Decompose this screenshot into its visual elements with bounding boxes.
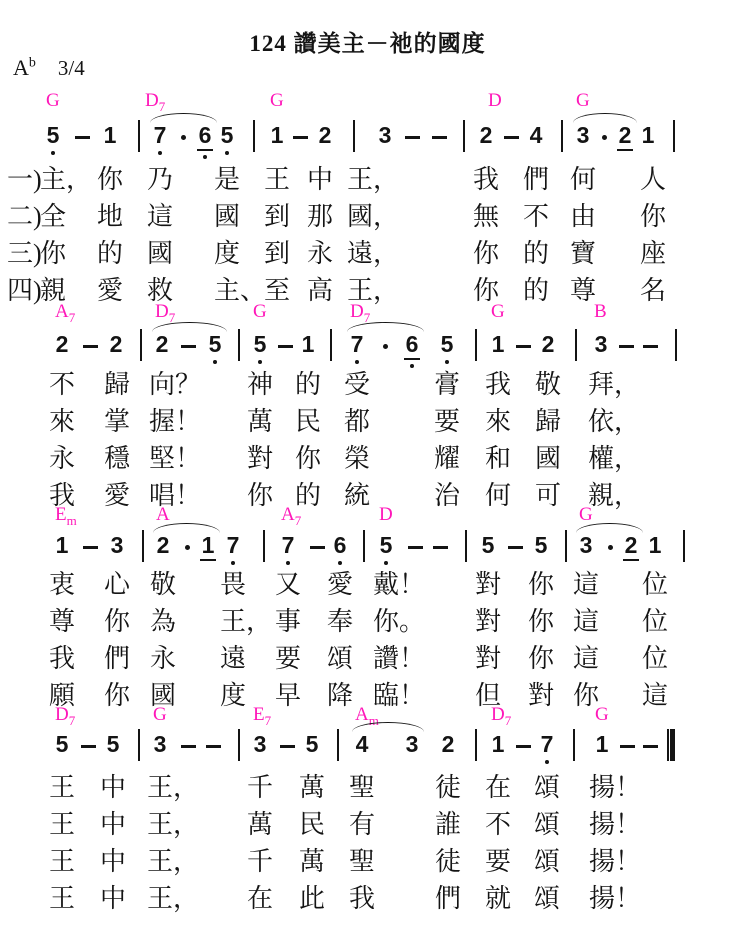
lyric-text: 民: [299, 812, 325, 838]
low-octave-dot: [410, 364, 414, 368]
lyric-text: 你: [528, 572, 554, 598]
duration-dash: [81, 745, 96, 748]
lyric-text: 中: [100, 775, 126, 801]
duration-dash: [504, 136, 519, 139]
lyric-text: 你: [104, 683, 130, 709]
lyric-text: 膏: [434, 372, 460, 398]
lyric-text: 你: [40, 241, 66, 267]
lyric-text: 降: [327, 683, 353, 709]
note-digit: 1: [492, 333, 505, 356]
lyric-text: 為: [150, 609, 176, 635]
lyric-text: 可: [535, 483, 561, 509]
note-digit: 3: [379, 124, 392, 147]
lyric-text: 這: [573, 646, 599, 672]
low-octave-dot: [384, 561, 388, 565]
lyric-text: 王: [49, 886, 75, 912]
note-digit: 1: [56, 534, 69, 557]
lyric-text: 揚！: [589, 886, 641, 912]
lyric-text: 名: [640, 278, 666, 304]
chord-symbol: G: [153, 705, 167, 724]
lyric-text: 民: [295, 409, 321, 435]
lyric-text: 握！: [149, 409, 201, 435]
duration-dash: [181, 745, 196, 748]
lyric-text: 這: [147, 204, 173, 230]
note-digit: 1: [302, 333, 315, 356]
note-digit: 2: [110, 333, 123, 356]
note-digit: 2: [480, 124, 493, 147]
barline: [463, 120, 465, 152]
note-digit: 7: [227, 534, 240, 557]
lyric-text: 王: [49, 775, 75, 801]
lyric-text: 揚！: [589, 812, 641, 838]
duration-dash: [75, 136, 90, 139]
lyric-text: 至: [264, 278, 290, 304]
lyric-text: 到: [264, 241, 290, 267]
flat-accidental: b: [29, 56, 36, 71]
note-digit: 2: [619, 124, 632, 147]
duration-dash: [643, 745, 658, 748]
chord-root: D: [350, 301, 364, 322]
note-digit: 7: [154, 124, 167, 147]
chord-symbol: D: [488, 91, 502, 110]
chord-root: D: [145, 90, 159, 111]
augmentation-dot: [602, 135, 607, 140]
low-octave-dot: [545, 760, 549, 764]
chord-root: D: [488, 90, 502, 111]
chord-symbol: G: [576, 91, 590, 110]
lyric-text: 我: [49, 646, 75, 672]
eighth-underline: [200, 559, 216, 561]
note-digit: 4: [530, 124, 543, 147]
slur-arc: [573, 113, 637, 123]
duration-dash: [310, 546, 325, 549]
chord-symbol: A7: [55, 302, 75, 324]
lyric-text: 耀: [434, 446, 460, 472]
barline: [475, 329, 477, 361]
low-octave-dot: [51, 151, 55, 155]
low-octave-dot: [203, 155, 207, 159]
song-title: 124 讚美主－祂的國度: [0, 25, 735, 58]
lyric-text: 臨！: [373, 683, 425, 709]
note-digit: 1: [271, 124, 284, 147]
barline: [475, 729, 477, 761]
duration-dash: [293, 136, 308, 139]
lyric-text: 在: [485, 775, 511, 801]
lyric-text: 權，: [588, 446, 640, 472]
chord-root: A: [281, 504, 295, 525]
lyric-text: 位: [642, 646, 668, 672]
lyric-text: 這: [573, 572, 599, 598]
barline: [675, 329, 677, 361]
lyric-text: 三): [7, 241, 42, 267]
lyric-text: 對: [475, 572, 501, 598]
lyric-text: 要: [275, 646, 301, 672]
lyric-text: 揚！: [589, 775, 641, 801]
augmentation-dot: [181, 135, 186, 140]
lyric-text: 何: [570, 167, 596, 193]
eighth-underline: [617, 149, 633, 151]
barline: [138, 120, 140, 152]
lyric-text: 來: [485, 409, 511, 435]
lyric-text: 畏: [220, 572, 246, 598]
barline: [238, 329, 240, 361]
lyric-text: 你。: [373, 609, 425, 635]
lyric-text: 千: [247, 775, 273, 801]
lyric-text: 由: [570, 204, 596, 230]
note-digit: 2: [156, 333, 169, 356]
note-digit: 2: [319, 124, 332, 147]
note-digit: 5: [306, 733, 319, 756]
lyric-text: 對: [528, 683, 554, 709]
lyric-text: 無: [473, 204, 499, 230]
lyric-text: 穩: [104, 446, 130, 472]
barline: [683, 530, 685, 562]
lyric-text: 國: [147, 241, 173, 267]
barline: [565, 530, 567, 562]
lyric-text: 王，: [147, 775, 199, 801]
lyric-text: 對: [475, 609, 501, 635]
lyric-text: 揚！: [589, 849, 641, 875]
note-digit: 3: [154, 733, 167, 756]
lyric-text: 我: [485, 372, 511, 398]
lyric-text: 萬: [299, 849, 325, 875]
note-digit: 1: [649, 534, 662, 557]
chord-symbol: D7: [155, 302, 175, 324]
lyric-text: 神: [247, 372, 273, 398]
lyric-text: 座: [640, 241, 666, 267]
lyric-text: 你: [640, 204, 666, 230]
chord-root: G: [576, 90, 590, 111]
lyric-text: 萬: [247, 409, 273, 435]
lyric-text: 你: [473, 241, 499, 267]
lyric-text: 這: [573, 609, 599, 635]
lyric-text: 頌: [327, 646, 353, 672]
low-octave-dot: [158, 151, 162, 155]
lyric-text: 讚！: [373, 646, 425, 672]
duration-dash: [181, 345, 196, 348]
lyric-text: 全: [40, 204, 66, 230]
lyric-text: 乃: [147, 167, 173, 193]
lyric-text: 親，: [588, 483, 640, 509]
note-digit: 2: [56, 333, 69, 356]
lyric-text: 敬: [535, 372, 561, 398]
barline: [263, 530, 265, 562]
lyric-text: 二): [7, 204, 42, 230]
lyric-text: 永: [307, 241, 333, 267]
note-digit: 1: [492, 733, 505, 756]
duration-dash: [508, 546, 523, 549]
lyric-text: 拜，: [588, 372, 640, 398]
eighth-underline: [623, 559, 639, 561]
note-digit: 3: [595, 333, 608, 356]
chord-symbol: E7: [253, 705, 271, 727]
note-digit: 2: [442, 733, 455, 756]
lyric-text: 愛: [104, 483, 130, 509]
duration-dash: [516, 745, 531, 748]
chord-symbol: G: [253, 302, 267, 321]
lyric-text: 中: [307, 167, 333, 193]
lyric-text: 我: [473, 167, 499, 193]
lyric-text: 敬: [150, 572, 176, 598]
chord-root: G: [491, 301, 505, 322]
note-digit: 5: [209, 333, 222, 356]
note-digit: 5: [221, 124, 234, 147]
chord-root: G: [253, 301, 267, 322]
chord-root: D: [491, 704, 505, 725]
lyric-text: 的: [523, 278, 549, 304]
lyric-text: 對: [475, 646, 501, 672]
chord-quality: 7: [265, 713, 272, 728]
duration-dash: [405, 136, 420, 139]
note-digit: 1: [202, 534, 215, 557]
key-letter: A: [13, 55, 29, 80]
lyric-text: 徒: [435, 775, 461, 801]
lyric-text: 國: [214, 204, 240, 230]
lyric-text: 尊: [570, 278, 596, 304]
lyric-text: 主，: [40, 167, 92, 193]
chord-quality: m: [67, 513, 77, 528]
barline: [238, 729, 240, 761]
lyric-text: 王: [49, 849, 75, 875]
chord-symbol: B: [594, 302, 607, 321]
chord-root: G: [270, 90, 284, 111]
lyric-text: 統: [344, 483, 370, 509]
lyric-text: 不: [523, 204, 549, 230]
lyric-text: 又: [275, 572, 301, 598]
lyric-text: 此: [299, 886, 325, 912]
note-digit: 6: [406, 333, 419, 356]
lyric-text: 王，: [147, 812, 199, 838]
chord-symbol: D7: [491, 705, 511, 727]
duration-dash: [83, 345, 98, 348]
duration-dash: [620, 745, 635, 748]
lyric-text: 們: [435, 886, 461, 912]
chord-symbol: A: [156, 505, 170, 524]
lyric-text: 千: [247, 849, 273, 875]
lyric-text: 要: [434, 409, 460, 435]
chord-root: A: [55, 301, 69, 322]
note-digit: 5: [107, 733, 120, 756]
eighth-underline: [197, 149, 213, 151]
chord-root: E: [55, 504, 67, 525]
note-digit: 7: [541, 733, 554, 756]
lyric-text: 們: [104, 646, 130, 672]
augmentation-dot: [608, 545, 613, 550]
note-digit: 6: [334, 534, 347, 557]
note-digit: 5: [441, 333, 454, 356]
chord-symbol: G: [270, 91, 284, 110]
barline: [138, 729, 140, 761]
note-digit: 6: [199, 124, 212, 147]
lyric-text: 你: [528, 609, 554, 635]
note-digit: 5: [482, 534, 495, 557]
low-octave-dot: [258, 360, 262, 364]
chord-root: G: [579, 504, 593, 525]
lyric-text: 四): [7, 278, 42, 304]
note-digit: 1: [104, 124, 117, 147]
lyric-text: 何: [485, 483, 511, 509]
lyric-text: 你: [247, 483, 273, 509]
lyric-text: 愛: [97, 278, 123, 304]
chord-symbol: G: [579, 505, 593, 524]
barline: [142, 530, 144, 562]
lyric-text: 你: [528, 646, 554, 672]
lyric-text: 萬: [247, 812, 273, 838]
lyric-text: 來: [49, 409, 75, 435]
chord-quality: 7: [69, 310, 76, 325]
chord-symbol: D7: [55, 705, 75, 727]
chord-symbol: G: [595, 705, 609, 724]
slur-arc: [150, 113, 217, 123]
lyric-text: 掌: [104, 409, 130, 435]
lyric-text: 的: [97, 241, 123, 267]
chord-root: G: [595, 704, 609, 725]
lyric-text: 不: [485, 812, 511, 838]
note-digit: 1: [596, 733, 609, 756]
lyric-text: 中: [100, 849, 126, 875]
lyric-text: 一): [7, 167, 42, 193]
barline: [673, 120, 675, 152]
chord-symbol: G: [46, 91, 60, 110]
lyric-text: 徒: [435, 849, 461, 875]
lyric-text: 就: [485, 886, 511, 912]
duration-dash: [83, 546, 98, 549]
lyric-text: 頌: [534, 775, 560, 801]
lyric-text: 王，: [147, 849, 199, 875]
low-octave-dot: [286, 561, 290, 565]
lyric-text: 歸: [104, 372, 130, 398]
note-digit: 3: [580, 534, 593, 557]
duration-dash: [408, 546, 423, 549]
chord-symbol: D7: [145, 91, 165, 113]
note-digit: 1: [642, 124, 655, 147]
chord-quality: 7: [295, 513, 302, 528]
duration-dash: [280, 745, 295, 748]
chord-quality: 7: [505, 713, 512, 728]
lyric-text: 歸: [535, 409, 561, 435]
chord-root: A: [355, 704, 369, 725]
duration-dash: [278, 345, 293, 348]
lyric-text: 衷: [49, 572, 75, 598]
lyric-text: 這: [642, 683, 668, 709]
lyric-text: 不: [49, 372, 75, 398]
lyric-text: 的: [295, 372, 321, 398]
lyric-text: 高: [307, 278, 333, 304]
lyric-text: 都: [344, 409, 370, 435]
lyric-text: 人: [640, 167, 666, 193]
note-digit: 5: [535, 534, 548, 557]
chord-symbol: G: [491, 302, 505, 321]
duration-dash: [643, 345, 658, 348]
lyric-text: 那: [307, 204, 333, 230]
lyric-text: 向？: [149, 372, 201, 398]
note-digit: 2: [157, 534, 170, 557]
lyric-text: 遠: [220, 646, 246, 672]
lyric-text: 度: [214, 241, 240, 267]
lyric-text: 王，: [347, 167, 399, 193]
lyric-text: 王: [49, 812, 75, 838]
note-digit: 2: [625, 534, 638, 557]
lyric-text: 國，: [347, 204, 399, 230]
final-barline: [667, 729, 675, 761]
lyric-text: 你: [97, 167, 123, 193]
duration-dash: [432, 136, 447, 139]
duration-dash: [516, 345, 531, 348]
note-digit: 7: [282, 534, 295, 557]
note-digit: 5: [254, 333, 267, 356]
note-digit: 5: [380, 534, 393, 557]
lyric-text: 永: [150, 646, 176, 672]
note-digit: 5: [56, 733, 69, 756]
chord-root: E: [253, 704, 265, 725]
lyric-text: 位: [642, 609, 668, 635]
barline: [140, 329, 142, 361]
lyric-text: 到: [264, 204, 290, 230]
lyric-text: 位: [642, 572, 668, 598]
lyric-text: 中: [100, 812, 126, 838]
chord-root: G: [46, 90, 60, 111]
low-octave-dot: [445, 360, 449, 364]
note-digit: 7: [351, 333, 364, 356]
chord-symbol: D: [379, 505, 393, 524]
barline: [561, 120, 563, 152]
lyric-text: 王，: [147, 886, 199, 912]
lyric-text: 依，: [588, 409, 640, 435]
lyric-text: 度: [220, 683, 246, 709]
lyric-text: 你: [104, 609, 130, 635]
duration-dash: [206, 745, 221, 748]
chord-symbol: D7: [350, 302, 370, 324]
lyric-text: 和: [485, 446, 511, 472]
note-digit: 3: [111, 534, 124, 557]
lyric-text: 頌: [534, 886, 560, 912]
lyric-text: 聖: [349, 775, 375, 801]
low-octave-dot: [231, 561, 235, 565]
note-digit: 3: [577, 124, 590, 147]
lyric-text: 萬: [299, 775, 325, 801]
chord-root: D: [55, 704, 69, 725]
lyric-text: 的: [523, 241, 549, 267]
lyric-text: 王，: [220, 609, 272, 635]
lyric-text: 中: [100, 886, 126, 912]
barline: [330, 329, 332, 361]
low-octave-dot: [213, 360, 217, 364]
duration-dash: [433, 546, 448, 549]
lyric-text: 榮: [344, 446, 370, 472]
lyric-text: 誰: [435, 812, 461, 838]
lyric-text: 我: [349, 886, 375, 912]
low-octave-dot: [355, 360, 359, 364]
lyric-text: 們: [523, 167, 549, 193]
chord-root: D: [379, 504, 393, 525]
lyric-text: 寶: [570, 241, 596, 267]
lyric-text: 頌: [534, 849, 560, 875]
lyric-text: 受: [344, 372, 370, 398]
note-digit: 3: [406, 733, 419, 756]
chord-root: B: [594, 301, 607, 322]
lyric-text: 你: [295, 446, 321, 472]
note-digit: 5: [47, 124, 60, 147]
lyric-text: 戴！: [373, 572, 425, 598]
lyric-text: 要: [485, 849, 511, 875]
lyric-text: 心: [104, 572, 130, 598]
low-octave-dot: [338, 561, 342, 565]
sheet-music-page: 124 讚美主－祂的國度 Ab3/4 GD7GDG5176512324321一)…: [0, 0, 735, 932]
lyric-text: 永: [49, 446, 75, 472]
lyric-text: 奉: [327, 609, 353, 635]
lyric-text: 愛: [327, 572, 353, 598]
note-digit: 2: [542, 333, 555, 356]
